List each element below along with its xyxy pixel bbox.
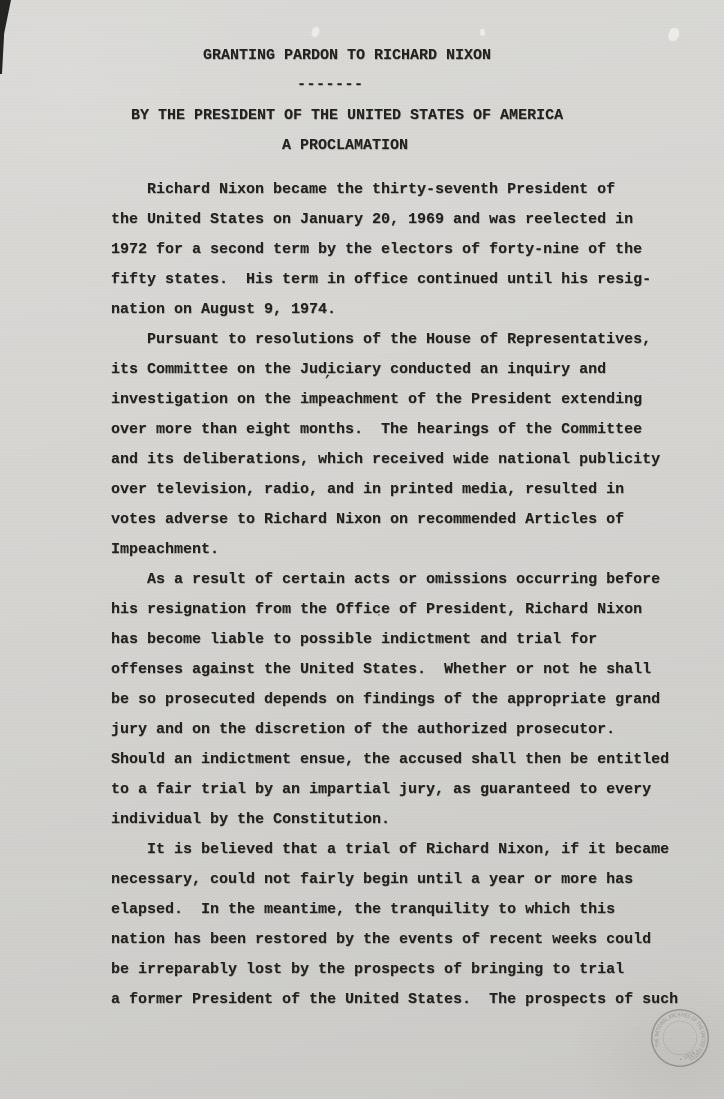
proclamation-heading: A PROCLAMATION <box>282 138 408 153</box>
scan-artifact-corner <box>0 0 11 74</box>
title-divider: ------- <box>297 77 364 92</box>
paragraph-2: Pursuant to resolutions of the House of … <box>111 325 711 565</box>
paragraph-3: As a result of certain acts or omissions… <box>111 565 711 835</box>
scan-speck <box>311 26 320 37</box>
document-body: Richard Nixon became the thirty-seventh … <box>111 175 711 1015</box>
scan-speck <box>667 27 681 42</box>
scanned-document-page: GRANTING PARDON TO RICHARD NIXON -------… <box>0 0 724 1099</box>
paragraph-1: Richard Nixon became the thirty-seventh … <box>111 175 711 325</box>
scan-speck <box>480 29 486 37</box>
paragraph-4: It is believed that a trial of Richard N… <box>111 835 711 1015</box>
document-title: GRANTING PARDON TO RICHARD NIXON <box>203 48 491 63</box>
byline-heading: BY THE PRESIDENT OF THE UNITED STATES OF… <box>131 108 563 123</box>
